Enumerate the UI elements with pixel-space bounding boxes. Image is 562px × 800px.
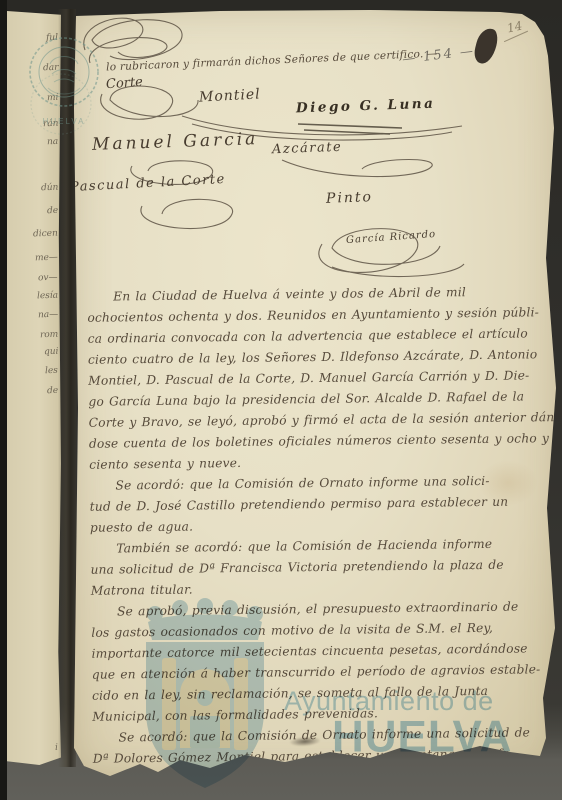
margin-text-fragment: na— (38, 310, 59, 321)
signature-manuel-garcia: Manuel Garcia (92, 129, 259, 155)
rubrica-flourish (332, 264, 464, 277)
margin-text-fragment: me— (35, 253, 58, 264)
rubrica-flourish (282, 160, 432, 177)
signature-pascual-de-la-corte: Pascual de la Corte (70, 172, 226, 195)
book-binding-shadow (0, 0, 7, 800)
signature-garcia-ricardo: García Ricardo (346, 229, 437, 246)
paper-stain (478, 460, 538, 506)
rubrica-flourish (298, 124, 402, 134)
stamp-text: HUELVA (43, 117, 86, 126)
closing-attestation-line: lo rubricaron y firmarán dichos Señores … (106, 46, 466, 73)
signature-diego: Diego G. Luna (296, 96, 436, 117)
rubrica-flourish (141, 199, 233, 228)
manuscript-line: Dª Dolores Gómez Montiel para establecer… (93, 743, 548, 770)
margin-text-fragment: rom (40, 330, 59, 341)
margin-text-fragment: les (45, 366, 58, 376)
signature-azcarate: Azcárate (272, 140, 343, 157)
margin-text-fragment: dún (40, 183, 58, 194)
manuscript-page: — 154 — 14 lo rubricaron y firmarán dich… (70, 8, 560, 778)
margin-text-fragment: de (47, 206, 58, 216)
margin-text-fragment: lesía (37, 291, 58, 302)
signature-pinto: Pinto (326, 189, 373, 207)
ink-blot (472, 26, 500, 66)
margin-text-fragment: dicen (33, 229, 58, 240)
municipal-rubber-stamp-icon: HUELVA (24, 28, 104, 144)
margin-text-fragment: de (47, 386, 58, 396)
folio-number-ink: 14 (506, 19, 524, 36)
signature-montiel: Montiel (199, 86, 261, 105)
scanned-document-photo: ful dar mi rán na dún de dicen me— ov— l… (0, 0, 562, 800)
signature-corte: Corte (106, 75, 144, 93)
margin-text-fragment: ov— (38, 273, 58, 284)
manuscript-body-text: En la Ciudad de Huelva á veinte y dos de… (87, 281, 548, 770)
margin-text-fragment: qui (43, 347, 58, 357)
